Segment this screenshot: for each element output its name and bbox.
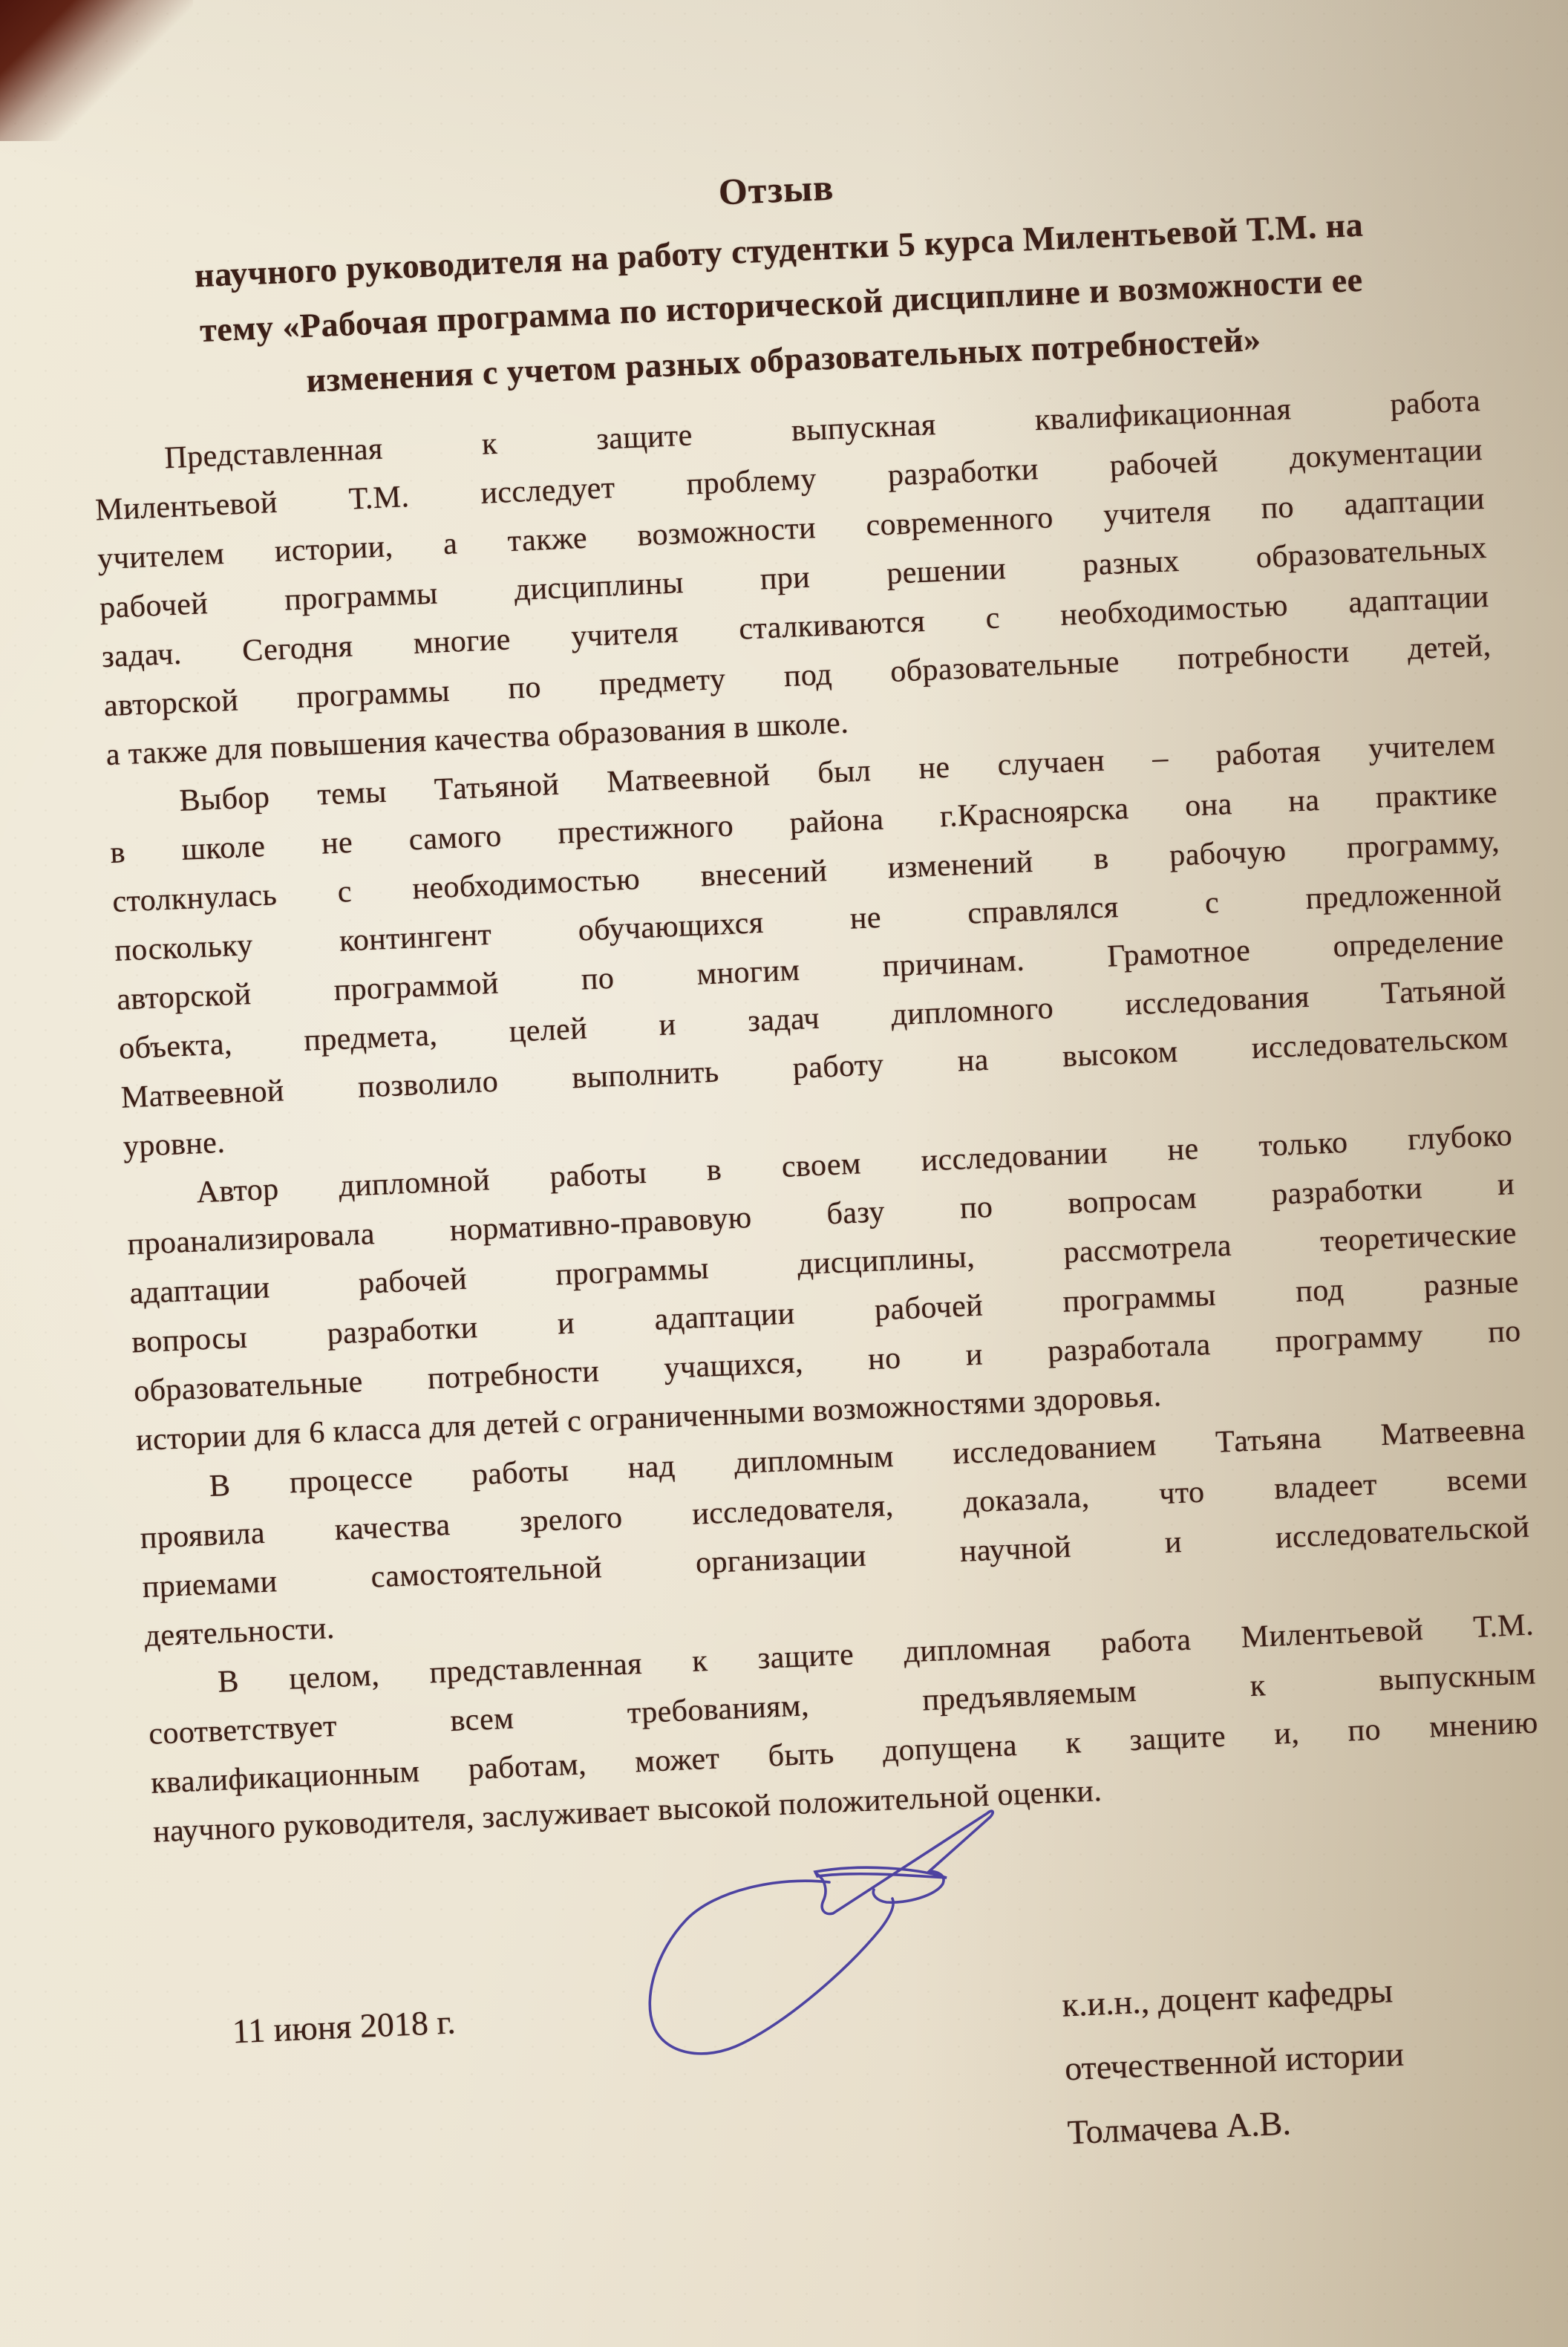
document-content: Отзыв научного руководителя на работу ст… [78, 50, 1556, 2204]
paragraph-2: Выбор темы Татьяной Матвеевной был не сл… [107, 719, 1511, 1172]
paragraph-1: Представленная к защите выпускная квалиф… [92, 376, 1494, 780]
date-label: 11 июня 2018 г. [232, 2000, 457, 2054]
signer-credentials: к.и.н., доцент кафедрыотечественной исто… [1061, 1955, 1492, 2165]
photographed-document-page: { "document": { "title": "Отзыв", "subti… [0, 0, 1568, 2347]
document-body: Представленная к защите выпускная квалиф… [92, 376, 1541, 1857]
paragraph-3: Автор дипломной работы в своем исследова… [124, 1111, 1523, 1465]
